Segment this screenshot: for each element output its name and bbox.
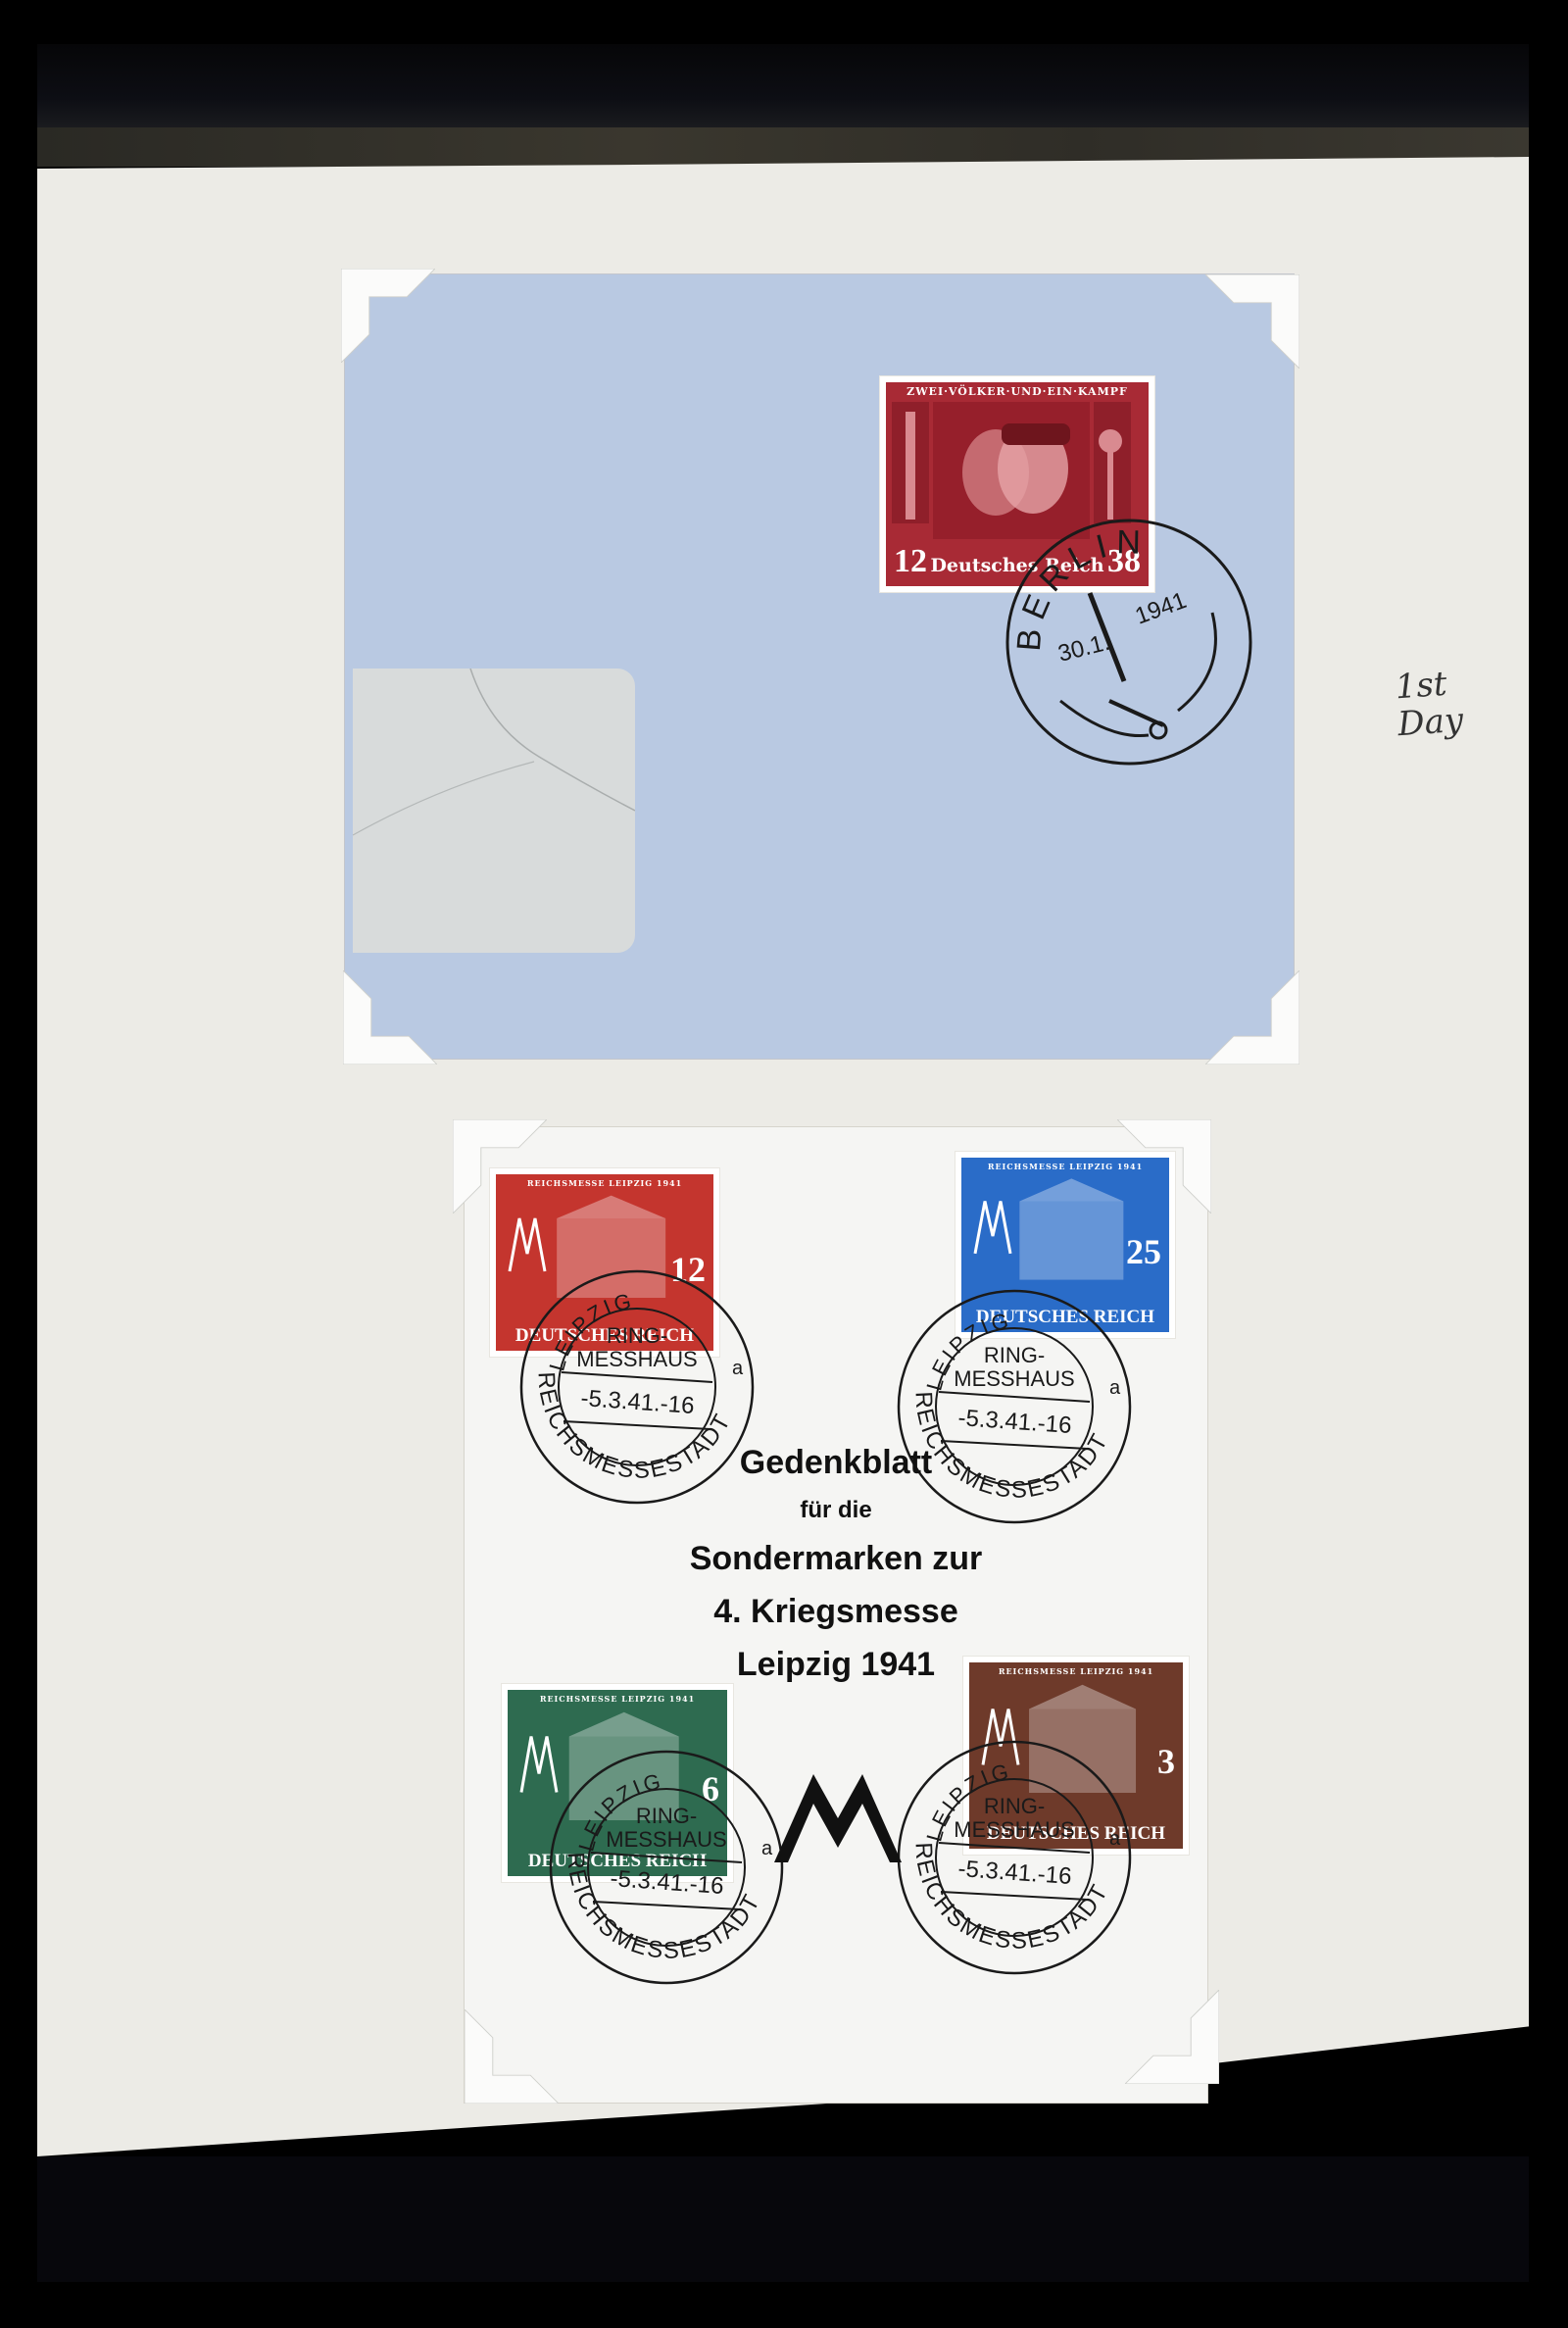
svg-text:MESSHAUS: MESSHAUS [606,1827,726,1852]
svg-text:RING-: RING- [607,1323,667,1348]
photo-corner-top-left [341,269,435,363]
sheet-subtitle: für die [465,1499,1207,1522]
window-fold-lines-icon [353,669,635,953]
svg-text:-5.3.41.-16: -5.3.41.-16 [610,1865,725,1900]
sheet-title: Gedenkblatt [465,1446,1207,1479]
svg-text:-5.3.41.-16: -5.3.41.-16 [957,1856,1073,1890]
sheet-text-block: Gedenkblatt für die Sondermarken zur 4. … [465,1446,1207,1681]
stamp-value: 25 [1126,1231,1161,1272]
svg-text:a: a [1109,1377,1121,1399]
berlin-postmark: BERLIN 30.1. 1941 [1002,515,1256,769]
svg-text:a: a [761,1838,773,1859]
svg-text:a: a [732,1358,744,1379]
handwritten-annotation: 1st Day [1394,665,1464,743]
svg-text:BERLIN: BERLIN [1010,523,1149,652]
album-binding-bottom [37,2156,1529,2282]
svg-text:RING-: RING- [636,1804,697,1828]
sheet-line-3: Sondermarken zur [465,1542,1207,1575]
svg-text:-5.3.41.-16: -5.3.41.-16 [957,1405,1073,1439]
annotation-line-1: 1st [1394,665,1461,707]
svg-text:MESSHAUS: MESSHAUS [576,1347,697,1371]
photo-corner-top-right [1205,274,1299,369]
leipzig-postmark: LEIPZIGRING-MESSHAUS-5.3.41.-16aREICHSME… [544,1745,789,1990]
svg-text:a: a [1109,1828,1121,1850]
album-binding-top [37,44,1529,167]
envelope-window [353,669,635,953]
leipzig-postmark: LEIPZIGRING-MESSHAUS-5.3.41.-16aREICHSME… [892,1735,1137,1980]
sheet-corner-bottom-left [465,2009,559,2104]
svg-text:1941: 1941 [1132,587,1190,630]
leipzig-fair-logo-icon [774,1764,902,1862]
stamp-value: 3 [1157,1741,1175,1782]
sheet-line-5: Leipzig 1941 [465,1648,1207,1681]
photo-corner-bottom-left [343,970,437,1065]
svg-text:RING-: RING- [984,1343,1045,1367]
annotation-line-2: Day [1396,702,1464,744]
svg-text:-5.3.41.-16: -5.3.41.-16 [580,1385,696,1419]
photo-corner-bottom-right [1205,970,1299,1065]
svg-text:MESSHAUS: MESSHAUS [954,1817,1074,1842]
svg-text:RING-: RING- [984,1794,1045,1818]
sheet-corner-bottom-right [1125,1990,1219,2084]
sheet-line-4: 4. Kriegsmesse [465,1595,1207,1628]
svg-text:MESSHAUS: MESSHAUS [954,1366,1074,1391]
